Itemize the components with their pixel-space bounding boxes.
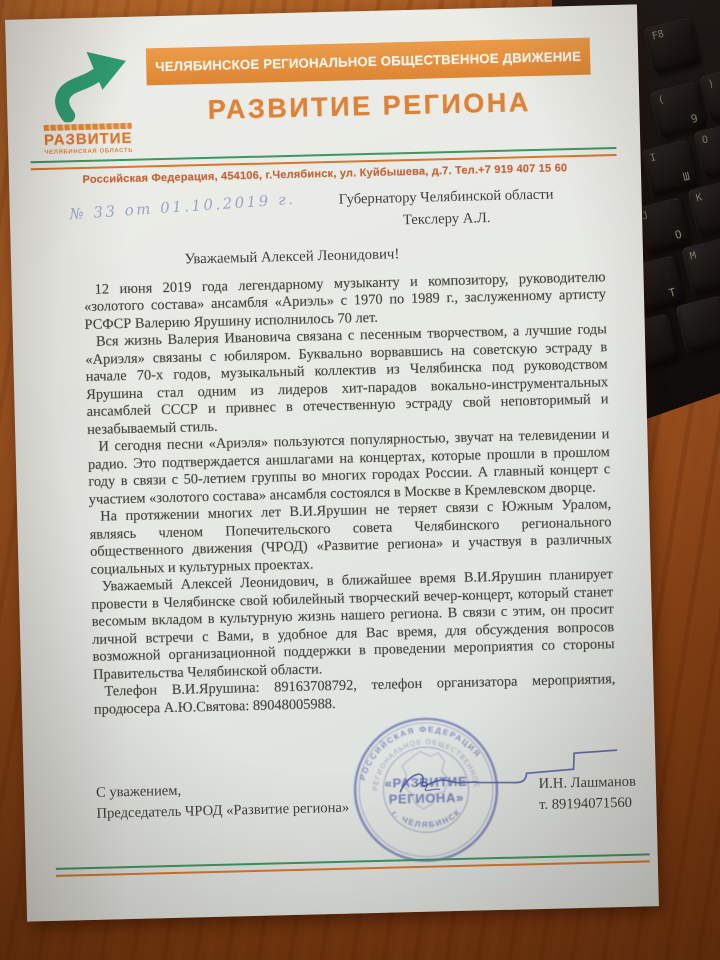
recipient-block: Губернатору Челябинской области Текслеру… xyxy=(339,185,555,234)
keyboard-key xyxy=(675,295,720,353)
org-logo: РАЗВИТИЕ ЧЕЛЯБИНСКАЯ ОБЛАСТЬ xyxy=(42,41,141,156)
keyboard-key: F8 xyxy=(643,17,701,75)
letterhead-right: ЧЕЛЯБИНСКОЕ РЕГИОНАЛЬНОЕ ОБЩЕСТВЕННОЕ ДВ… xyxy=(146,30,593,154)
ink-signature xyxy=(395,747,622,809)
meta-row: № 33 от 01.10.2019 г. Губернатору Челяби… xyxy=(9,182,642,241)
keyboard-key: IШ xyxy=(641,139,699,197)
org-title: РАЗВИТИЕ РЕГИОНА xyxy=(147,86,592,128)
photo-scene: F8(9)0IШOЩJОKЛNТMЬ РАЗВИТИЕ ЧЕЛЯБИНСКАЯ … xyxy=(0,0,720,960)
logo-region-text: ЧЕЛЯБИНСКАЯ ОБЛАСТЬ xyxy=(44,148,140,156)
handwritten-ref-number: № 33 от 01.10.2019 г. xyxy=(69,190,298,245)
body-paragraph: На протяжении многих лет В.И.Ярушин не т… xyxy=(89,496,613,579)
keyboard-key: KЛ xyxy=(687,179,720,237)
keyboard-key: MЬ xyxy=(681,237,720,295)
stamp-ring-bottom-text: г. ЧЕЛЯБИНСК xyxy=(390,807,463,830)
logo-arrow-icon xyxy=(48,41,134,123)
body-paragraphs: 12 июня 2019 года легендарному музыканту… xyxy=(12,268,655,721)
svg-text:г. ЧЕЛЯБИНСК: г. ЧЕЛЯБИНСК xyxy=(390,807,463,830)
salutation: Уважаемый Алексей Леонидович! xyxy=(11,240,643,272)
signature-left: С уважением, Председатель ЧРОД «Развитие… xyxy=(96,777,350,827)
body-paragraph: И сегодня песни «Ариэля» пользуются попу… xyxy=(87,426,611,509)
letterhead: РАЗВИТИЕ ЧЕЛЯБИНСКАЯ ОБЛАСТЬ ЧЕЛЯБИНСКОЕ… xyxy=(5,4,640,156)
logo-brand-text: РАЗВИТИЕ xyxy=(44,130,140,149)
letter-document: РАЗВИТИЕ ЧЕЛЯБИНСКАЯ ОБЛАСТЬ ЧЕЛЯБИНСКОЕ… xyxy=(5,4,659,921)
org-banner: ЧЕЛЯБИНСКОЕ РЕГИОНАЛЬНОЕ ОБЩЕСТВЕННОЕ ДВ… xyxy=(146,38,591,86)
body-paragraph: Вся жизнь Валерия Ивановича связана с пе… xyxy=(85,322,609,440)
body-paragraph: Уважаемый Алексей Леонидович, в ближайше… xyxy=(91,566,615,684)
